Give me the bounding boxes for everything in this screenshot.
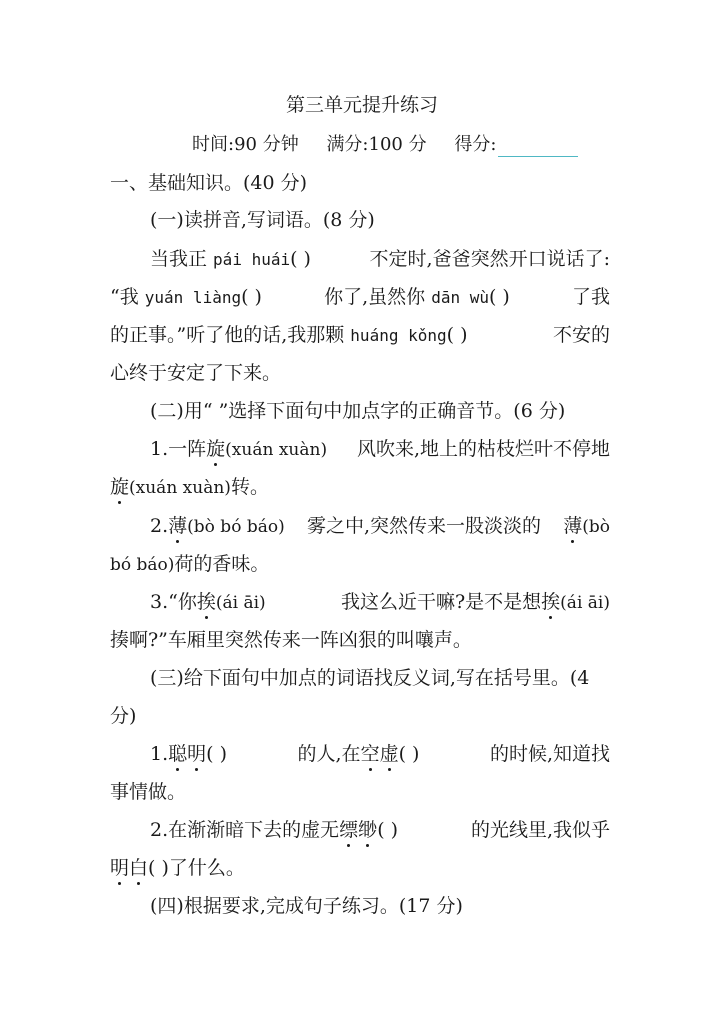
answer-blank[interactable]: ( ) [447,323,468,347]
pinyin-prompt: pái huái [213,250,290,269]
dotted-char: 旋 [110,475,129,499]
part-heading-4: (四)根据要求,完成句子练习。(17 分) [150,894,610,918]
part3-item-2-line-2: 明白( )了什么。 [110,856,610,880]
part2-item-2-line-2: bó báo)荷的香味。 [110,552,610,577]
text: 了我 [572,285,610,310]
dotted-char: 明 [187,742,206,766]
text: “我 [110,286,145,308]
pinyin-prompt: huáng kǒng [350,326,446,345]
answer-blank[interactable]: ( ) [148,856,169,880]
part-heading-3-cont: 分) [110,704,610,728]
dotted-char: 薄 [168,514,187,538]
text: 的人,在 [298,743,361,765]
answer-blank[interactable]: ( ) [377,818,398,842]
pronunciation-options[interactable]: (bò bó báo) [187,517,285,537]
text: 了什么。 [169,857,245,879]
pronunciation-options[interactable]: (xuán xuàn) [129,478,231,498]
text: 的时候,知道找 [490,742,610,766]
text: 一阵 [168,438,206,460]
item-number: 3. [150,591,168,613]
part2-item-3-line-1: 3.“你挨(ái āi) 我这么近干嘛?是不是想挨(ái āi) [150,590,610,615]
dotted-char: 缥 [339,818,358,842]
part1-line-3: 的正事。”听了他的话,我那颗 huáng kǒng( ) 不安的 [110,323,610,348]
score-label: 得分: [454,134,496,155]
text: 雾之中,突然传来一股淡淡的 [307,514,541,539]
pronunciation-options[interactable]: (ái āi) [560,593,610,613]
pronunciation-options[interactable]: (xuán xuàn) [225,440,327,460]
text: 不安的 [553,323,610,348]
item-number: 1. [150,438,168,460]
dotted-char: 虚 [380,742,399,766]
dotted-char: 明 [110,856,129,880]
part2-item-2-line-1: 2.薄(bò bó báo) 雾之中,突然传来一股淡淡的 薄(bò [150,514,610,539]
text: 的光线里,我似乎 [471,818,610,842]
full-score: 满分:100 分 [326,134,426,155]
dotted-char: 挨 [541,590,560,614]
answer-blank[interactable]: ( ) [241,285,262,309]
item-number: 1. [150,743,168,765]
time-limit: 时间:90 分钟 [192,134,299,155]
pinyin-prompt: yuán liàng [145,288,241,307]
text: 你了,虽然你 [324,286,431,308]
part2-item-3-line-2: 揍啊?”车厢里突然传来一阵凶狠的叫嚷声。 [110,628,610,652]
dotted-char: 旋 [206,437,225,461]
part-heading-2: (二)用“ ”选择下面句中加点字的正确音节。(6 分) [150,399,610,423]
text: 转。 [231,476,269,498]
text: “你 [168,591,197,613]
dotted-char: 空 [361,742,380,766]
part2-item-1-line-1: 1.一阵旋(xuán xuàn) 风吹来,地上的枯枝烂叶不停地 [150,437,610,462]
text: 荷的香味。 [174,553,269,575]
part3-item-1-line-1: 1.聪明( ) 的人,在空虚( ) 的时候,知道找 [150,742,610,766]
part-heading-3: (三)给下面句中加点的词语找反义词,写在括号里。(4 [150,666,610,690]
answer-blank[interactable]: ( ) [206,742,227,766]
part3-item-1-line-2: 事情做。 [110,780,610,804]
text: 在渐渐暗下去的虚无 [168,819,339,841]
part1-line-1: 当我正 pái huái( ) 不定时,爸爸突然开口说话了: [150,247,610,272]
answer-blank[interactable]: ( ) [290,247,311,271]
dotted-char: 挨 [197,590,216,614]
text: 的正事。”听了他的话,我那颗 [110,324,350,346]
page-title: 第三单元提升练习 [0,92,724,118]
text: 当我正 [150,248,213,270]
text: 不定时,爸爸突然开口说话了: [370,247,610,272]
answer-blank[interactable]: ( ) [489,285,510,309]
part1-line-2: “我 yuán liàng( ) 你了,虽然你 dān wù( ) 了我 [110,285,610,310]
item-number: 2. [150,819,168,841]
exam-info: 时间:90 分钟 满分:100 分 得分: [192,133,600,157]
part3-item-2-line-1: 2.在渐渐暗下去的虚无缥缈( ) 的光线里,我似乎 [150,818,610,842]
dotted-char: 聪 [168,742,187,766]
pronunciation-options[interactable]: (ái āi) [216,593,266,613]
answer-blank[interactable]: ( ) [399,742,420,766]
text: 风吹来,地上的枯枝烂叶不停地 [357,437,610,462]
pinyin-prompt: dān wù [431,288,489,307]
text: 我这么近干嘛?是不是想 [341,591,541,613]
pronunciation-options[interactable]: bó báo) [110,555,174,575]
score-input-blank[interactable] [498,138,578,157]
dotted-char: 白 [129,856,148,880]
dotted-char: 薄 [563,514,582,538]
section-heading-1: 一、基础知识。(40 分) [110,171,610,195]
part2-item-1-line-2: 旋(xuán xuàn)转。 [110,475,610,500]
pronunciation-options[interactable]: (bò [582,517,610,537]
dotted-char: 缈 [358,818,377,842]
part1-line-4: 心终于安定了下来。 [110,361,610,385]
part-heading-1: (一)读拼音,写词语。(8 分) [150,208,610,232]
item-number: 2. [150,515,168,537]
